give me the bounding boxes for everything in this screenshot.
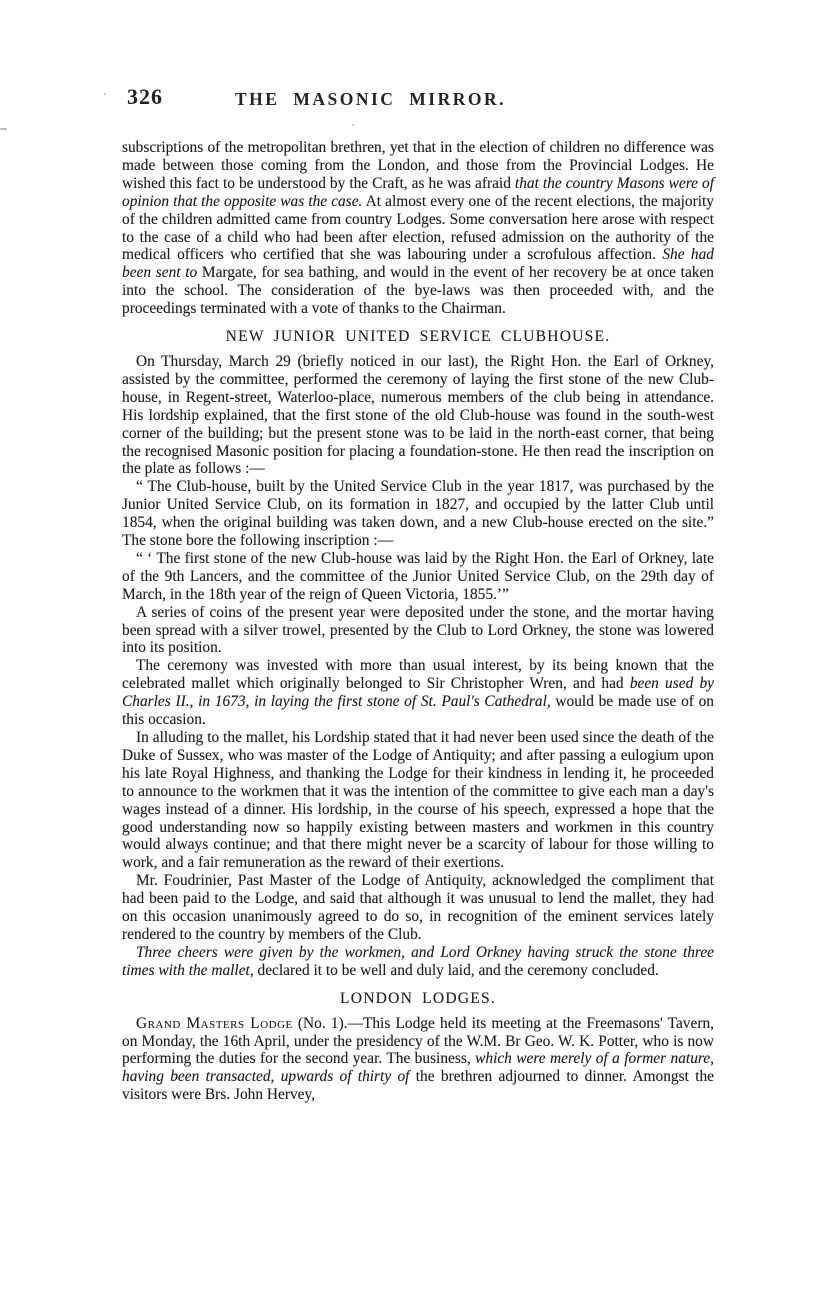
scan-artifact — [352, 124, 354, 126]
paragraph: A series of coins of the present year we… — [122, 604, 714, 658]
scan-artifact — [104, 93, 106, 95]
document-page: 326 THE MASONIC MIRROR. subscriptions of… — [0, 0, 831, 1290]
paragraph: The ceremony was invested with more than… — [122, 657, 714, 729]
paragraph: “ ‘ The first stone of the new Club-hous… — [122, 550, 714, 604]
paragraph: subscriptions of the metropolitan brethr… — [122, 139, 714, 318]
paragraph: On Thursday, March 29 (briefly noticed i… — [122, 353, 714, 478]
paragraph: In alluding to the mallet, his Lordship … — [122, 729, 714, 872]
text-run: A series of coins of the present year we… — [122, 604, 714, 657]
paragraph: “ The Club-house, built by the United Se… — [122, 478, 714, 550]
text-run: “ The Club-house, built by the United Se… — [122, 478, 714, 549]
text-run: Mr. Foudrinier, Past Master of the Lodge… — [122, 872, 714, 943]
page-header: 326 THE MASONIC MIRROR. — [0, 0, 831, 120]
section-heading: LONDON LODGES. — [122, 990, 714, 1008]
section-heading: NEW JUNIOR UNITED SERVICE CLUBHOUSE. — [122, 328, 714, 346]
journal-title: THE MASONIC MIRROR. — [0, 89, 741, 110]
text-run: The ceremony was invested with more than… — [122, 657, 714, 692]
text-run: In alluding to the mallet, his Lordship … — [122, 729, 714, 871]
text-run: On Thursday, March 29 (briefly noticed i… — [122, 353, 714, 477]
text-run: declared it to be well and duly laid, an… — [254, 962, 659, 979]
paragraph: Three cheers were given by the workmen, … — [122, 944, 714, 980]
article-body: subscriptions of the metropolitan brethr… — [122, 139, 714, 1104]
paragraph: Grand Masters Lodge (No. 1).—This Lodge … — [122, 1015, 714, 1105]
scan-artifact — [0, 128, 7, 130]
text-run: Grand Masters Lodge — [136, 1015, 293, 1032]
text-run: “ ‘ The first stone of the new Club-hous… — [122, 550, 714, 603]
paragraph: Mr. Foudrinier, Past Master of the Lodge… — [122, 872, 714, 944]
text-run: Margate, for sea bathing, and would in t… — [122, 264, 714, 317]
